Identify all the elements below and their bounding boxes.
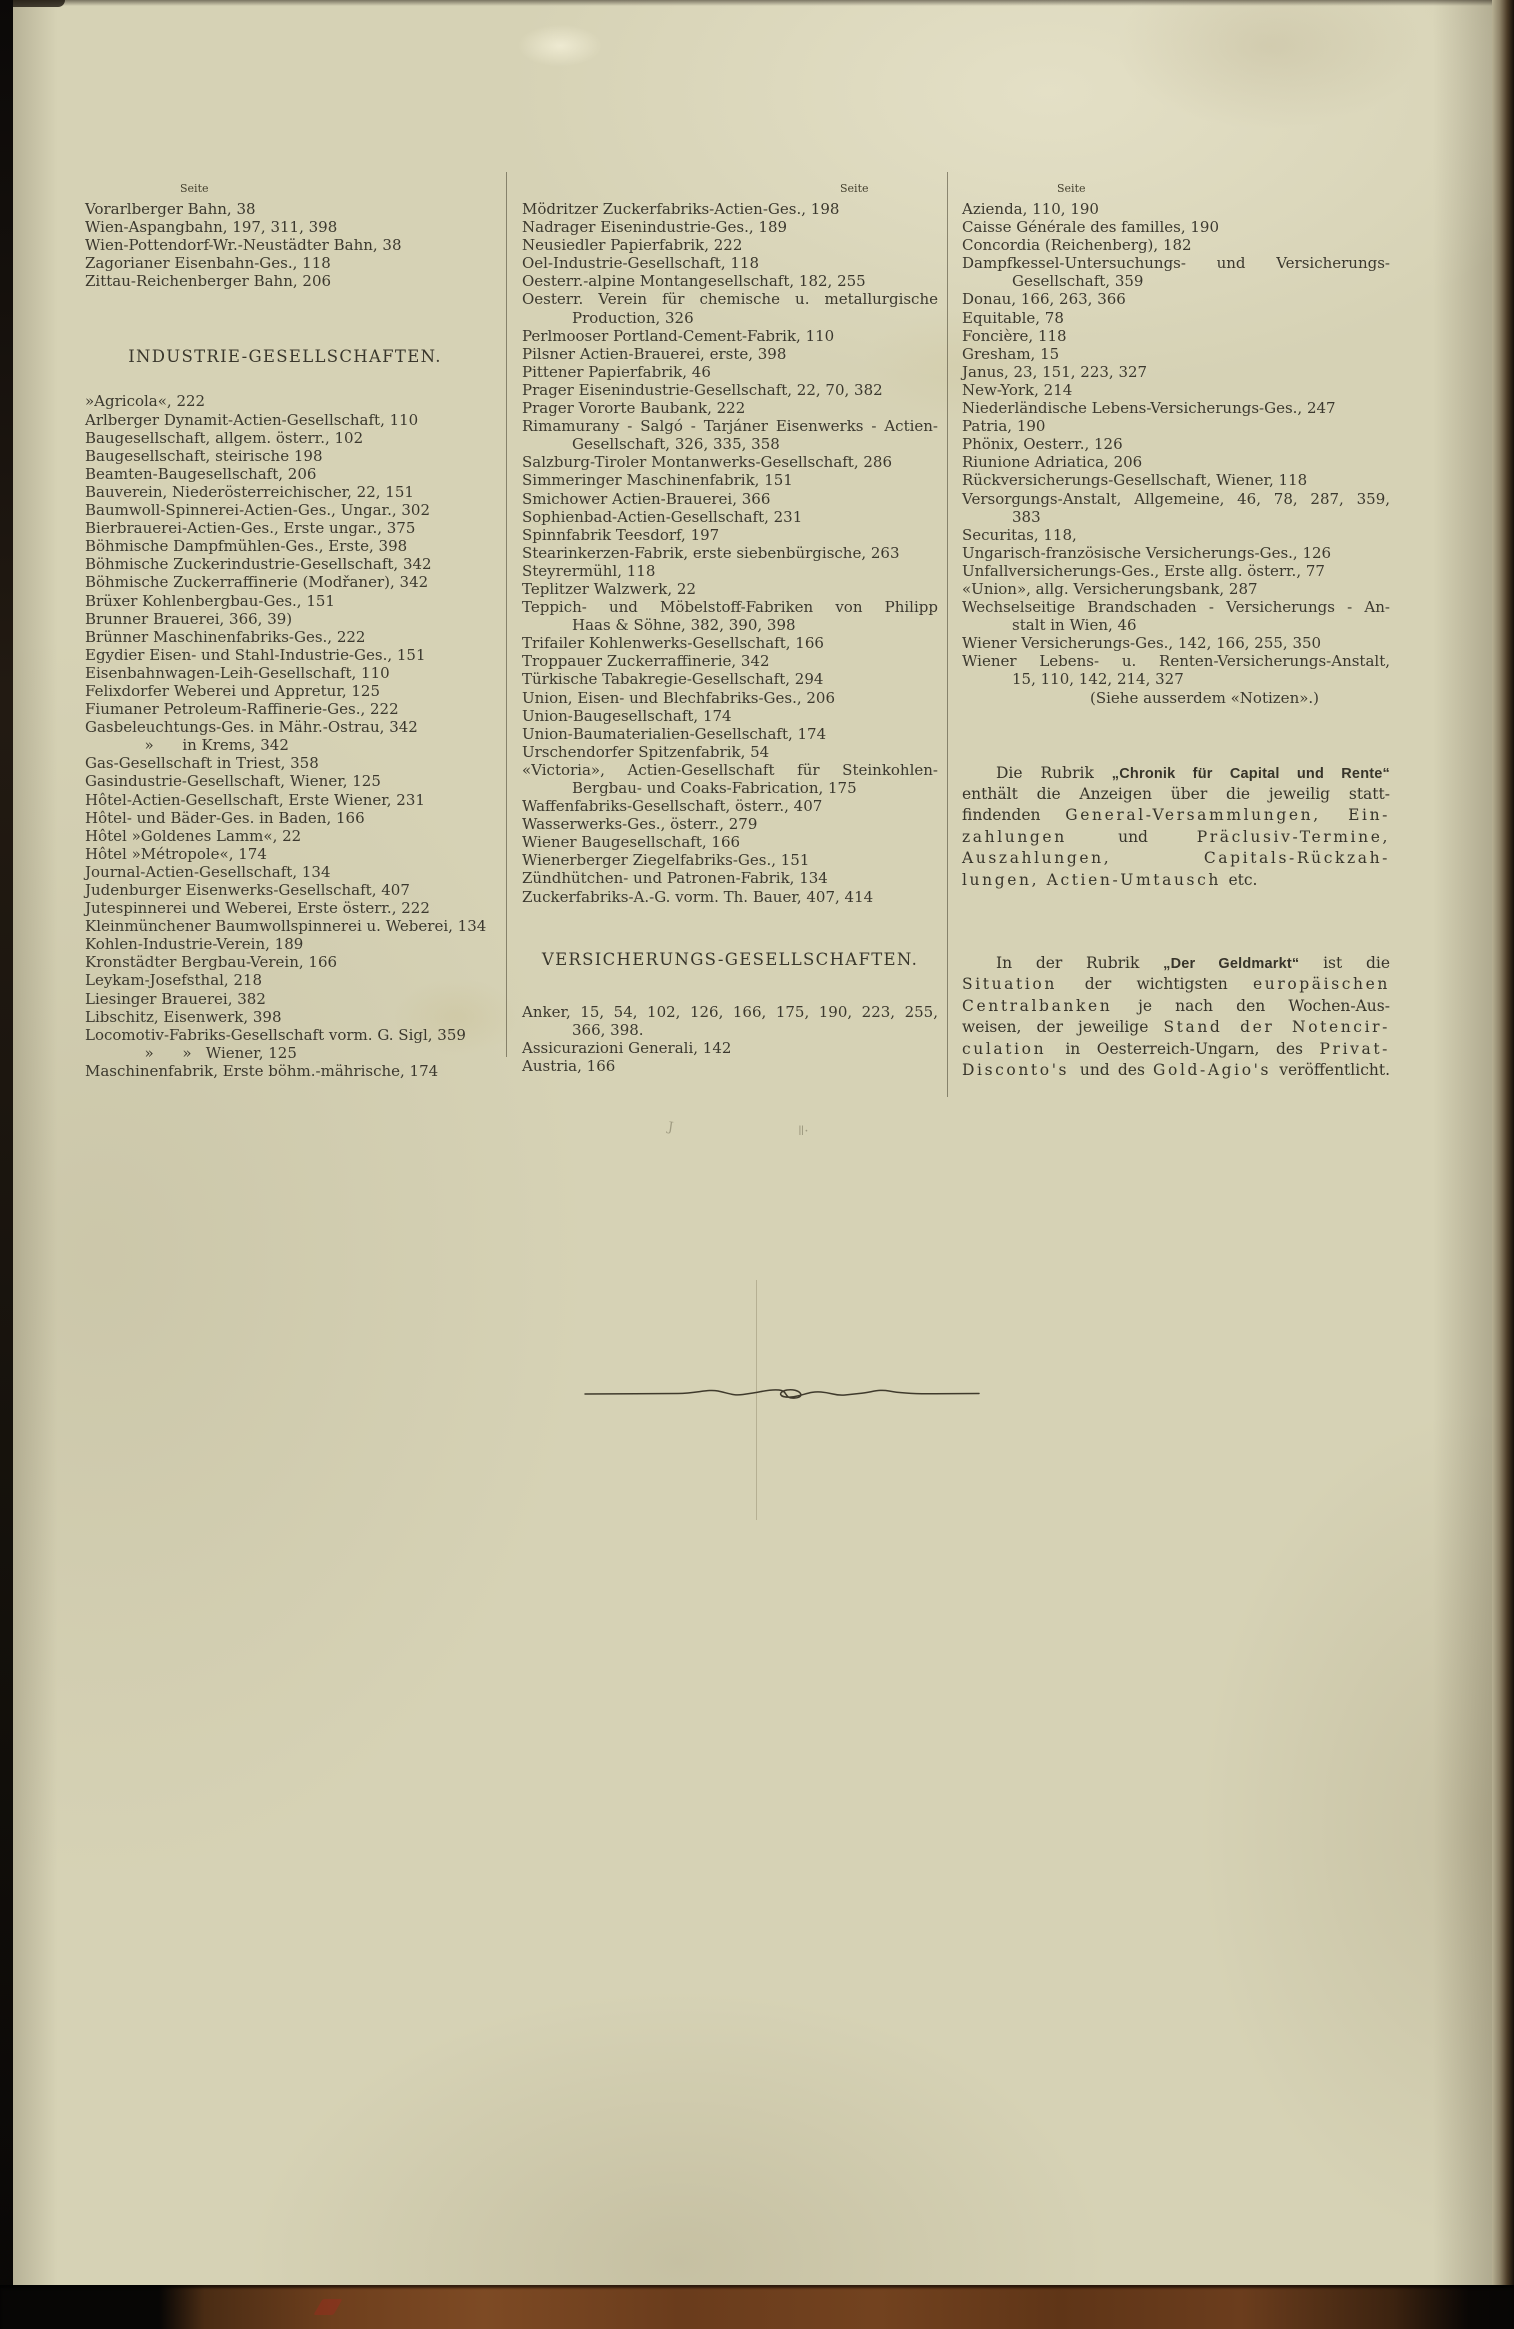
index-line: Brünner Maschinenfabriks-Ges., 222 <box>85 628 485 646</box>
text-run: Anker, 15, 54, 102, 126, 166, 175, 190, … <box>522 1003 938 1021</box>
index-column-railways-industry: SeiteVorarlberger Bahn, 38Wien-Aspangbah… <box>85 182 485 1080</box>
text-run: Trifailer Kohlenwerks-Gesellschaft, 166 <box>522 634 824 652</box>
text-run: Teplitzer Walzwerk, 22 <box>522 580 696 598</box>
index-line: Dampfkessel-Untersuchungs- und Versicher… <box>962 254 1390 272</box>
text-run: Oel-Industrie-Gesellschaft, 118 <box>522 254 759 272</box>
index-line: culation in Oesterreich-Ungarn, des Priv… <box>962 1039 1390 1060</box>
index-line: Brüxer Kohlenbergbau-Ges., 151 <box>85 592 485 610</box>
index-line: » » Wiener, 125 <box>85 1044 485 1062</box>
text-run: Perlmooser Portland-Cement-Fabrik, 110 <box>522 327 834 345</box>
index-line: Anker, 15, 54, 102, 126, 166, 175, 190, … <box>522 1003 938 1021</box>
index-line: weisen, der jeweilige Stand der Notencir… <box>962 1017 1390 1038</box>
text-run: Journal-Actien-Gesellschaft, 134 <box>85 863 331 881</box>
text-run: 366, 398. <box>572 1021 644 1039</box>
text-run: Pittener Papierfabrik, 46 <box>522 363 711 381</box>
text-run: Bierbrauerei-Actien-Ges., Erste ungar., … <box>85 519 415 537</box>
page-stack-edge-right <box>1492 0 1514 2329</box>
text-run: und <box>1118 828 1197 846</box>
index-line: Maschinenfabrik, Erste böhm.-mährische, … <box>85 1062 485 1080</box>
text-run: Zündhütchen- und Patronen-Fabrik, 134 <box>522 869 828 887</box>
index-line: Wasserwerks-Ges., österr., 279 <box>522 815 938 833</box>
index-line: Foncière, 118 <box>962 327 1390 345</box>
text-run: Jutespinnerei und Weberei, Erste österr.… <box>85 899 430 917</box>
text-run: Böhmische Dampfmühlen-Ges., Erste, 398 <box>85 537 407 555</box>
text-run: Haas & Söhne, 382, 390, 398 <box>572 616 796 634</box>
index-line: » in Krems, 342 <box>85 736 485 754</box>
text-run: Hôtel- und Bäder-Ges. in Baden, 166 <box>85 809 365 827</box>
text-run: Unfallversicherungs-Ges., Erste allg. ös… <box>962 562 1325 580</box>
index-line: Kronstädter Bergbau-Verein, 166 <box>85 953 485 971</box>
text-run: Kohlen-Industrie-Verein, 189 <box>85 935 303 953</box>
text-run: Vorarlberger Bahn, 38 <box>85 200 256 218</box>
text-run: Waffenfabriks-Gesellschaft, österr., 407 <box>522 797 822 815</box>
index-line: enthält die Anzeigen über die jeweilig s… <box>962 784 1390 805</box>
text-run: Union-Baumaterialien-Gesellschaft, 174 <box>522 725 826 743</box>
text-run: Wiener Lebens- u. Renten-Versicherungs-A… <box>962 652 1390 670</box>
text-run: und des <box>1080 1061 1153 1079</box>
text-run: Bauverein, Niederösterreichischer, 22, 1… <box>85 483 414 501</box>
text-run: Prager Eisenindustrie-Gesellschaft, 22, … <box>522 381 883 399</box>
index-line: Gesellschaft, 326, 335, 358 <box>522 435 938 453</box>
text-run: Disconto's <box>962 1061 1080 1079</box>
text-run: Maschinenfabrik, Erste böhm.-mährische, … <box>85 1062 438 1080</box>
index-line: Baugesellschaft, steirische 198 <box>85 447 485 465</box>
text-run: Auszahlungen, Capitals-Rückzah- <box>962 849 1390 867</box>
section-heading: VERSICHERUNGS-GESELLSCHAFTEN. <box>522 948 938 971</box>
index-line: Urschendorfer Spitzenfabrik, 54 <box>522 743 938 761</box>
text-run: Wien-Pottendorf-Wr.-Neustädter Bahn, 38 <box>85 236 402 254</box>
index-line: Oesterr.-alpine Montangesellschaft, 182,… <box>522 272 938 290</box>
index-line: Oesterr. Verein für chemische u. metallu… <box>522 290 938 308</box>
index-line: Pittener Papierfabrik, 46 <box>522 363 938 381</box>
text-run: Baumwoll-Spinnerei-Actien-Ges., Ungar., … <box>85 501 430 519</box>
text-run: europäischen <box>1253 975 1390 993</box>
stray-pencil-mark: ǁ· <box>798 1124 809 1139</box>
binding-mark <box>313 2299 342 2315</box>
text-run: Spinnfabrik Teesdorf, 197 <box>522 526 719 544</box>
index-line: Equitable, 78 <box>962 309 1390 327</box>
text-run: Zittau-Reichenberger Bahn, 206 <box>85 272 331 290</box>
index-line: Wienerberger Ziegelfabriks-Ges., 151 <box>522 851 938 869</box>
text-run: Wienerberger Ziegelfabriks-Ges., 151 <box>522 851 809 869</box>
text-run: Gasbeleuchtungs-Ges. in Mähr.-Ostrau, 34… <box>85 718 418 736</box>
index-line: Prager Eisenindustrie-Gesellschaft, 22, … <box>522 381 938 399</box>
text-run: culation <box>962 1040 1065 1058</box>
index-entries: Mödritzer Zuckerfabriks-Actien-Ges., 198… <box>522 200 938 906</box>
text-run: Prager Vororte Baubank, 222 <box>522 399 745 417</box>
book-spine-edge-left <box>0 0 13 2329</box>
index-line: 383 <box>962 508 1390 526</box>
index-line: Situation der wichtigsten europäischen <box>962 974 1390 995</box>
rubric-title: „Chronik für Capital und Rente“ <box>1112 766 1390 782</box>
text-run: Nadrager Eisenindustrie-Ges., 189 <box>522 218 787 236</box>
index-line: New-York, 214 <box>962 381 1390 399</box>
text-run: Gresham, 15 <box>962 345 1059 363</box>
text-run: Hôtel »Métropole«, 174 <box>85 845 267 863</box>
text-run: Pilsner Actien-Brauerei, erste, 398 <box>522 345 786 363</box>
text-run: «Union», allg. Versicherungsbank, 287 <box>962 580 1258 598</box>
index-line: »Agricola«, 222 <box>85 392 485 410</box>
index-line: Judenburger Eisenwerks-Gesellschaft, 407 <box>85 881 485 899</box>
index-line: Egydier Eisen- und Stahl-Industrie-Ges.,… <box>85 646 485 664</box>
text-run: In der Rubrik <box>996 954 1163 972</box>
text-run: in Oesterreich-Ungarn, des <box>1065 1040 1319 1058</box>
index-line: Jutespinnerei und Weberei, Erste österr.… <box>85 899 485 917</box>
index-line: Phönix, Oesterr., 126 <box>962 435 1390 453</box>
rubric-title: „Der Geldmarkt“ <box>1163 956 1299 972</box>
text-run: Brunner Brauerei, 366, 39) <box>85 610 292 628</box>
text-run: Egydier Eisen- und Stahl-Industrie-Ges.,… <box>85 646 426 664</box>
text-run: Simmeringer Maschinenfabrik, 151 <box>522 471 793 489</box>
text-run: Equitable, 78 <box>962 309 1064 327</box>
index-line: Vorarlberger Bahn, 38 <box>85 200 485 218</box>
index-line: Locomotiv-Fabriks-Gesellschaft vorm. G. … <box>85 1026 485 1044</box>
index-line: Disconto's und des Gold-Agio's veröffent… <box>962 1060 1390 1081</box>
text-run: Liesinger Brauerei, 382 <box>85 990 266 1008</box>
index-line: Perlmooser Portland-Cement-Fabrik, 110 <box>522 327 938 345</box>
index-line: Gesellschaft, 359 <box>962 272 1390 290</box>
text-run: Azienda, 110, 190 <box>962 200 1099 218</box>
text-run: Fiumaner Petroleum-Raffinerie-Ges., 222 <box>85 700 399 718</box>
index-line: Pilsner Actien-Brauerei, erste, 398 <box>522 345 938 363</box>
text-run: Gesellschaft, 326, 335, 358 <box>572 435 780 453</box>
index-line: Troppauer Zuckerraffinerie, 342 <box>522 652 938 670</box>
text-run: Steyrermühl, 118 <box>522 562 655 580</box>
index-line: Gresham, 15 <box>962 345 1390 363</box>
index-line: Stearinkerzen-Fabrik, erste siebenbürgis… <box>522 544 938 562</box>
text-run: Donau, 166, 263, 366 <box>962 290 1126 308</box>
index-line: Rückversicherungs-Gesellschaft, Wiener, … <box>962 471 1390 489</box>
text-run: stalt in Wien, 46 <box>1012 616 1137 634</box>
index-line: Auszahlungen, Capitals-Rückzah- <box>962 848 1390 869</box>
text-run: zahlungen <box>962 828 1118 846</box>
index-line: Steyrermühl, 118 <box>522 562 938 580</box>
text-run: Oesterr.-alpine Montangesellschaft, 182,… <box>522 272 866 290</box>
text-run: Böhmische Zuckerraffinerie (Modřaner), 3… <box>85 573 428 591</box>
index-line: Union-Baumaterialien-Gesellschaft, 174 <box>522 725 938 743</box>
index-line: Wiener Lebens- u. Renten-Versicherungs-A… <box>962 652 1390 670</box>
text-run: Baugesellschaft, allgem. österr., 102 <box>85 429 363 447</box>
index-line: Assicurazioni Generali, 142 <box>522 1039 938 1057</box>
text-run: Neusiedler Papierfabrik, 222 <box>522 236 742 254</box>
index-line: Wien-Pottendorf-Wr.-Neustädter Bahn, 38 <box>85 236 485 254</box>
index-line: Waffenfabriks-Gesellschaft, österr., 407 <box>522 797 938 815</box>
index-entries: »Agricola«, 222Arlberger Dynamit-Actien-… <box>85 392 485 1080</box>
text-run: Kleinmünchener Baumwollspinnerei u. Webe… <box>85 917 486 935</box>
index-line: Wiener Baugesellschaft, 166 <box>522 833 938 851</box>
index-line: Kohlen-Industrie-Verein, 189 <box>85 935 485 953</box>
index-column-industry-insurance: SeiteMödritzer Zuckerfabriks-Actien-Ges.… <box>522 182 938 1075</box>
text-run: Privat- <box>1320 1040 1390 1058</box>
text-run: Gas-Gesellschaft in Triest, 358 <box>85 754 319 772</box>
text-run: Versorgungs-Anstalt, Allgemeine, 46, 78,… <box>962 490 1390 508</box>
index-line: Centralbanken je nach den Wochen-Aus- <box>962 996 1390 1017</box>
text-run: Centralbanken <box>962 997 1138 1015</box>
index-line: Hôtel »Goldenes Lamm«, 22 <box>85 827 485 845</box>
index-line: stalt in Wien, 46 <box>962 616 1390 634</box>
index-line: Fiumaner Petroleum-Raffinerie-Ges., 222 <box>85 700 485 718</box>
text-run: Mödritzer Zuckerfabriks-Actien-Ges., 198 <box>522 200 839 218</box>
text-run: veröffentlicht. <box>1271 1061 1390 1079</box>
index-line: Smichower Actien-Brauerei, 366 <box>522 490 938 508</box>
text-run: Dampfkessel-Untersuchungs- und Versicher… <box>962 254 1390 272</box>
index-line: Securitas, 118, <box>962 526 1390 544</box>
index-line: Zuckerfabriks-A.-G. vorm. Th. Bauer, 407… <box>522 888 938 906</box>
text-run: Kronstädter Bergbau-Verein, 166 <box>85 953 337 971</box>
index-line: Azienda, 110, 190 <box>962 200 1390 218</box>
text-run: findenden <box>962 806 1065 824</box>
text-run: Wiener Versicherungs-Ges., 142, 166, 255… <box>962 634 1321 652</box>
index-line: Kleinmünchener Baumwollspinnerei u. Webe… <box>85 917 485 935</box>
index-line: Baumwoll-Spinnerei-Actien-Ges., Ungar., … <box>85 501 485 519</box>
index-line: Rimamurany - Salgó - Tarjáner Eisenwerks… <box>522 417 938 435</box>
index-line: Böhmische Dampfmühlen-Ges., Erste, 398 <box>85 537 485 555</box>
index-line: Türkische Tabakregie-Gesellschaft, 294 <box>522 670 938 688</box>
text-run: (Siehe ausserdem «Notizen».) <box>1090 689 1319 707</box>
text-run: Sophienbad-Actien-Gesellschaft, 231 <box>522 508 802 526</box>
index-entries: Azienda, 110, 190Caisse Générale des fam… <box>962 200 1390 707</box>
text-run: Hôtel-Actien-Gesellschaft, Erste Wiener,… <box>85 791 425 809</box>
index-line: Hôtel-Actien-Gesellschaft, Erste Wiener,… <box>85 791 485 809</box>
scanned-book-page: SeiteVorarlberger Bahn, 38Wien-Aspangbah… <box>0 0 1514 2329</box>
index-line: Caisse Générale des familles, 190 <box>962 218 1390 236</box>
text-run: Rückversicherungs-Gesellschaft, Wiener, … <box>962 471 1307 489</box>
text-run: Beamten-Baugesellschaft, 206 <box>85 465 316 483</box>
text-run: ist die <box>1299 954 1390 972</box>
index-line: Simmeringer Maschinenfabrik, 151 <box>522 471 938 489</box>
text-run: Stearinkerzen-Fabrik, erste siebenbürgis… <box>522 544 900 562</box>
text-run: Die Rubrik <box>996 764 1112 782</box>
text-run: Stand der Notencir- <box>1163 1018 1390 1036</box>
index-line: Austria, 166 <box>522 1057 938 1075</box>
text-run: Brüxer Kohlenbergbau-Ges., 151 <box>85 592 335 610</box>
index-line: Die Rubrik „Chronik für Capital und Rent… <box>962 763 1390 784</box>
text-run: Felixdorfer Weberei und Appretur, 125 <box>85 682 380 700</box>
index-line: 15, 110, 142, 214, 327 <box>962 670 1390 688</box>
index-line: Unfallversicherungs-Ges., Erste allg. ös… <box>962 562 1390 580</box>
notice-paragraph: In der Rubrik „Der Geldmarkt“ ist dieSit… <box>962 953 1390 1081</box>
index-line: Eisenbahnwagen-Leih-Gesellschaft, 110 <box>85 664 485 682</box>
index-line: Libschitz, Eisenwerk, 398 <box>85 1008 485 1026</box>
index-line: Gasbeleuchtungs-Ges. in Mähr.-Ostrau, 34… <box>85 718 485 736</box>
index-line: Nadrager Eisenindustrie-Ges., 189 <box>522 218 938 236</box>
text-run: Brünner Maschinenfabriks-Ges., 222 <box>85 628 365 646</box>
index-line: «Union», allg. Versicherungsbank, 287 <box>962 580 1390 598</box>
index-line: Janus, 23, 151, 223, 327 <box>962 363 1390 381</box>
index-line: Liesinger Brauerei, 382 <box>85 990 485 1008</box>
text-run: enthält die Anzeigen über die jeweilig s… <box>962 785 1390 803</box>
index-line: Salzburg-Tiroler Montanwerks-Gesellschaf… <box>522 453 938 471</box>
text-run: weisen, der jeweilige <box>962 1018 1163 1036</box>
text-run: Zagorianer Eisenbahn-Ges., 118 <box>85 254 331 272</box>
index-entries: Vorarlberger Bahn, 38Wien-Aspangbahn, 19… <box>85 200 485 290</box>
column-divider-rule-2 <box>947 172 948 1097</box>
text-run: Wiener Baugesellschaft, 166 <box>522 833 740 851</box>
index-line: Production, 326 <box>522 309 938 327</box>
index-line: Riunione Adriatica, 206 <box>962 453 1390 471</box>
text-run: Janus, 23, 151, 223, 327 <box>962 363 1147 381</box>
index-line: Böhmische Zuckerindustrie-Gesellschaft, … <box>85 555 485 573</box>
text-run: Phönix, Oesterr., 126 <box>962 435 1123 453</box>
book-cover-bottom <box>0 2285 1514 2329</box>
text-run: Locomotiv-Fabriks-Gesellschaft vorm. G. … <box>85 1026 466 1044</box>
text-run: General-Versammlungen, Ein- <box>1065 806 1390 824</box>
index-line: Hôtel »Métropole«, 174 <box>85 845 485 863</box>
index-entries: Anker, 15, 54, 102, 126, 166, 175, 190, … <box>522 1003 938 1075</box>
index-column-insurance-notes: SeiteAzienda, 110, 190Caisse Générale de… <box>962 182 1390 1081</box>
text-run: Caisse Générale des familles, 190 <box>962 218 1219 236</box>
notice-paragraph: Die Rubrik „Chronik für Capital und Rent… <box>962 763 1390 891</box>
index-line: Hôtel- und Bäder-Ges. in Baden, 166 <box>85 809 485 827</box>
index-line: Zündhütchen- und Patronen-Fabrik, 134 <box>522 869 938 887</box>
index-line: Bierbrauerei-Actien-Ges., Erste ungar., … <box>85 519 485 537</box>
index-line: zahlungen und Präclusiv-Termine, <box>962 827 1390 848</box>
index-line: Zagorianer Eisenbahn-Ges., 118 <box>85 254 485 272</box>
text-run: Austria, 166 <box>522 1057 615 1075</box>
text-run: Wechselseitige Brandschaden - Versicheru… <box>962 598 1390 616</box>
text-run: Eisenbahnwagen-Leih-Gesellschaft, 110 <box>85 664 390 682</box>
index-line: lungen, Actien-Umtausch etc. <box>962 870 1390 891</box>
text-run: Präclusiv-Termine, <box>1197 828 1390 846</box>
index-line: Felixdorfer Weberei und Appretur, 125 <box>85 682 485 700</box>
text-run: 383 <box>1012 508 1041 526</box>
text-run: Wien-Aspangbahn, 197, 311, 398 <box>85 218 337 236</box>
index-line: Bauverein, Niederösterreichischer, 22, 1… <box>85 483 485 501</box>
text-run: Salzburg-Tiroler Montanwerks-Gesellschaf… <box>522 453 892 471</box>
index-line: Haas & Söhne, 382, 390, 398 <box>522 616 938 634</box>
text-run: Türkische Tabakregie-Gesellschaft, 294 <box>522 670 823 688</box>
index-line: Baugesellschaft, allgem. österr., 102 <box>85 429 485 447</box>
seite-column-header: Seite <box>85 182 485 200</box>
page-corner-shadow <box>13 0 65 7</box>
index-line: «Victoria», Actien-Gesellschaft für Stei… <box>522 761 938 779</box>
text-run: Gesellschaft, 359 <box>1012 272 1143 290</box>
seite-column-header: Seite <box>962 182 1390 200</box>
index-line: 366, 398. <box>522 1021 938 1039</box>
text-run: Riunione Adriatica, 206 <box>962 453 1142 471</box>
index-line: Wien-Aspangbahn, 197, 311, 398 <box>85 218 485 236</box>
text-run: Wasserwerks-Ges., österr., 279 <box>522 815 757 833</box>
text-run: Assicurazioni Generali, 142 <box>522 1039 731 1057</box>
text-run: Patria, 190 <box>962 417 1045 435</box>
index-line: Brunner Brauerei, 366, 39) <box>85 610 485 628</box>
index-line: Patria, 190 <box>962 417 1390 435</box>
text-run: Securitas, 118, <box>962 526 1077 544</box>
index-line: Sophienbad-Actien-Gesellschaft, 231 <box>522 508 938 526</box>
text-run: je nach den Wochen-Aus- <box>1138 997 1390 1015</box>
text-run: » » Wiener, 125 <box>135 1044 297 1062</box>
text-run: Smichower Actien-Brauerei, 366 <box>522 490 770 508</box>
section-heading: INDUSTRIE-GESELLSCHAFTEN. <box>85 345 485 368</box>
text-run: Bergbau- und Coaks-Fabrication, 175 <box>572 779 857 797</box>
text-run: «Victoria», Actien-Gesellschaft für Stei… <box>522 761 938 779</box>
index-line: Teppich- und Möbelstoff-Fabriken von Phi… <box>522 598 938 616</box>
index-line: Spinnfabrik Teesdorf, 197 <box>522 526 938 544</box>
index-line: Oel-Industrie-Gesellschaft, 118 <box>522 254 938 272</box>
text-run: lungen, Actien-Umtausch <box>962 871 1228 889</box>
text-run: Judenburger Eisenwerks-Gesellschaft, 407 <box>85 881 410 899</box>
index-line: Bergbau- und Coaks-Fabrication, 175 <box>522 779 938 797</box>
index-line: Donau, 166, 263, 366 <box>962 290 1390 308</box>
index-line: Trifailer Kohlenwerks-Gesellschaft, 166 <box>522 634 938 652</box>
text-run: Production, 326 <box>572 309 694 327</box>
text-run: Rimamurany - Salgó - Tarjáner Eisenwerks… <box>522 417 938 435</box>
index-line: Union, Eisen- und Blechfabriks-Ges., 206 <box>522 689 938 707</box>
text-run: Leykam-Josefsthal, 218 <box>85 971 262 989</box>
text-run: Teppich- und Möbelstoff-Fabriken von Phi… <box>522 598 938 616</box>
text-run: Concordia (Reichenberg), 182 <box>962 236 1192 254</box>
index-line: Journal-Actien-Gesellschaft, 134 <box>85 863 485 881</box>
text-run: Urschendorfer Spitzenfabrik, 54 <box>522 743 769 761</box>
text-run: Gasindustrie-Gesellschaft, Wiener, 125 <box>85 772 381 790</box>
text-run: Zuckerfabriks-A.-G. vorm. Th. Bauer, 407… <box>522 888 873 906</box>
index-line: findenden General-Versammlungen, Ein- <box>962 805 1390 826</box>
index-line: Gasindustrie-Gesellschaft, Wiener, 125 <box>85 772 485 790</box>
text-run: 15, 110, 142, 214, 327 <box>1012 670 1184 688</box>
index-line: Neusiedler Papierfabrik, 222 <box>522 236 938 254</box>
index-line: Arlberger Dynamit-Actien-Gesellschaft, 1… <box>85 411 485 429</box>
text-run: Libschitz, Eisenwerk, 398 <box>85 1008 282 1026</box>
index-line: (Siehe ausserdem «Notizen».) <box>962 689 1390 707</box>
index-line: Versorgungs-Anstalt, Allgemeine, 46, 78,… <box>962 490 1390 508</box>
text-run: der wichtigsten <box>1085 975 1253 993</box>
index-line: Niederländische Lebens-Versicherungs-Ges… <box>962 399 1390 417</box>
seite-column-header: Seite <box>522 182 938 200</box>
text-run: Troppauer Zuckerraffinerie, 342 <box>522 652 770 670</box>
text-run: Foncière, 118 <box>962 327 1067 345</box>
index-line: Union-Baugesellschaft, 174 <box>522 707 938 725</box>
index-line: Leykam-Josefsthal, 218 <box>85 971 485 989</box>
index-line: Teplitzer Walzwerk, 22 <box>522 580 938 598</box>
index-line: Gas-Gesellschaft in Triest, 358 <box>85 754 485 772</box>
text-run: »Agricola«, 222 <box>85 392 205 410</box>
text-run: Situation <box>962 975 1085 993</box>
text-run: New-York, 214 <box>962 381 1072 399</box>
index-line: Concordia (Reichenberg), 182 <box>962 236 1390 254</box>
text-run: Gold-Agio's <box>1153 1061 1271 1079</box>
index-line: Böhmische Zuckerraffinerie (Modřaner), 3… <box>85 573 485 591</box>
text-run: Arlberger Dynamit-Actien-Gesellschaft, 1… <box>85 411 418 429</box>
text-run: Niederländische Lebens-Versicherungs-Ges… <box>962 399 1336 417</box>
ornament-divider <box>583 1380 983 1406</box>
index-line: Ungarisch-französische Versicherungs-Ges… <box>962 544 1390 562</box>
text-run: etc. <box>1228 871 1257 889</box>
index-line: In der Rubrik „Der Geldmarkt“ ist die <box>962 953 1390 974</box>
index-line: Mödritzer Zuckerfabriks-Actien-Ges., 198 <box>522 200 938 218</box>
text-run: » in Krems, 342 <box>135 736 289 754</box>
index-line: Wiener Versicherungs-Ges., 142, 166, 255… <box>962 634 1390 652</box>
column-divider-rule-1 <box>506 172 507 1057</box>
text-run: Ungarisch-französische Versicherungs-Ges… <box>962 544 1331 562</box>
text-run: Böhmische Zuckerindustrie-Gesellschaft, … <box>85 555 432 573</box>
text-run: Union, Eisen- und Blechfabriks-Ges., 206 <box>522 689 835 707</box>
text-run: Oesterr. Verein für chemische u. metallu… <box>522 290 938 308</box>
index-line: Zittau-Reichenberger Bahn, 206 <box>85 272 485 290</box>
index-line: Beamten-Baugesellschaft, 206 <box>85 465 485 483</box>
text-run: Baugesellschaft, steirische 198 <box>85 447 323 465</box>
text-run: Union-Baugesellschaft, 174 <box>522 707 732 725</box>
index-line: Prager Vororte Baubank, 222 <box>522 399 938 417</box>
index-line: Wechselseitige Brandschaden - Versicheru… <box>962 598 1390 616</box>
text-run: Hôtel »Goldenes Lamm«, 22 <box>85 827 301 845</box>
